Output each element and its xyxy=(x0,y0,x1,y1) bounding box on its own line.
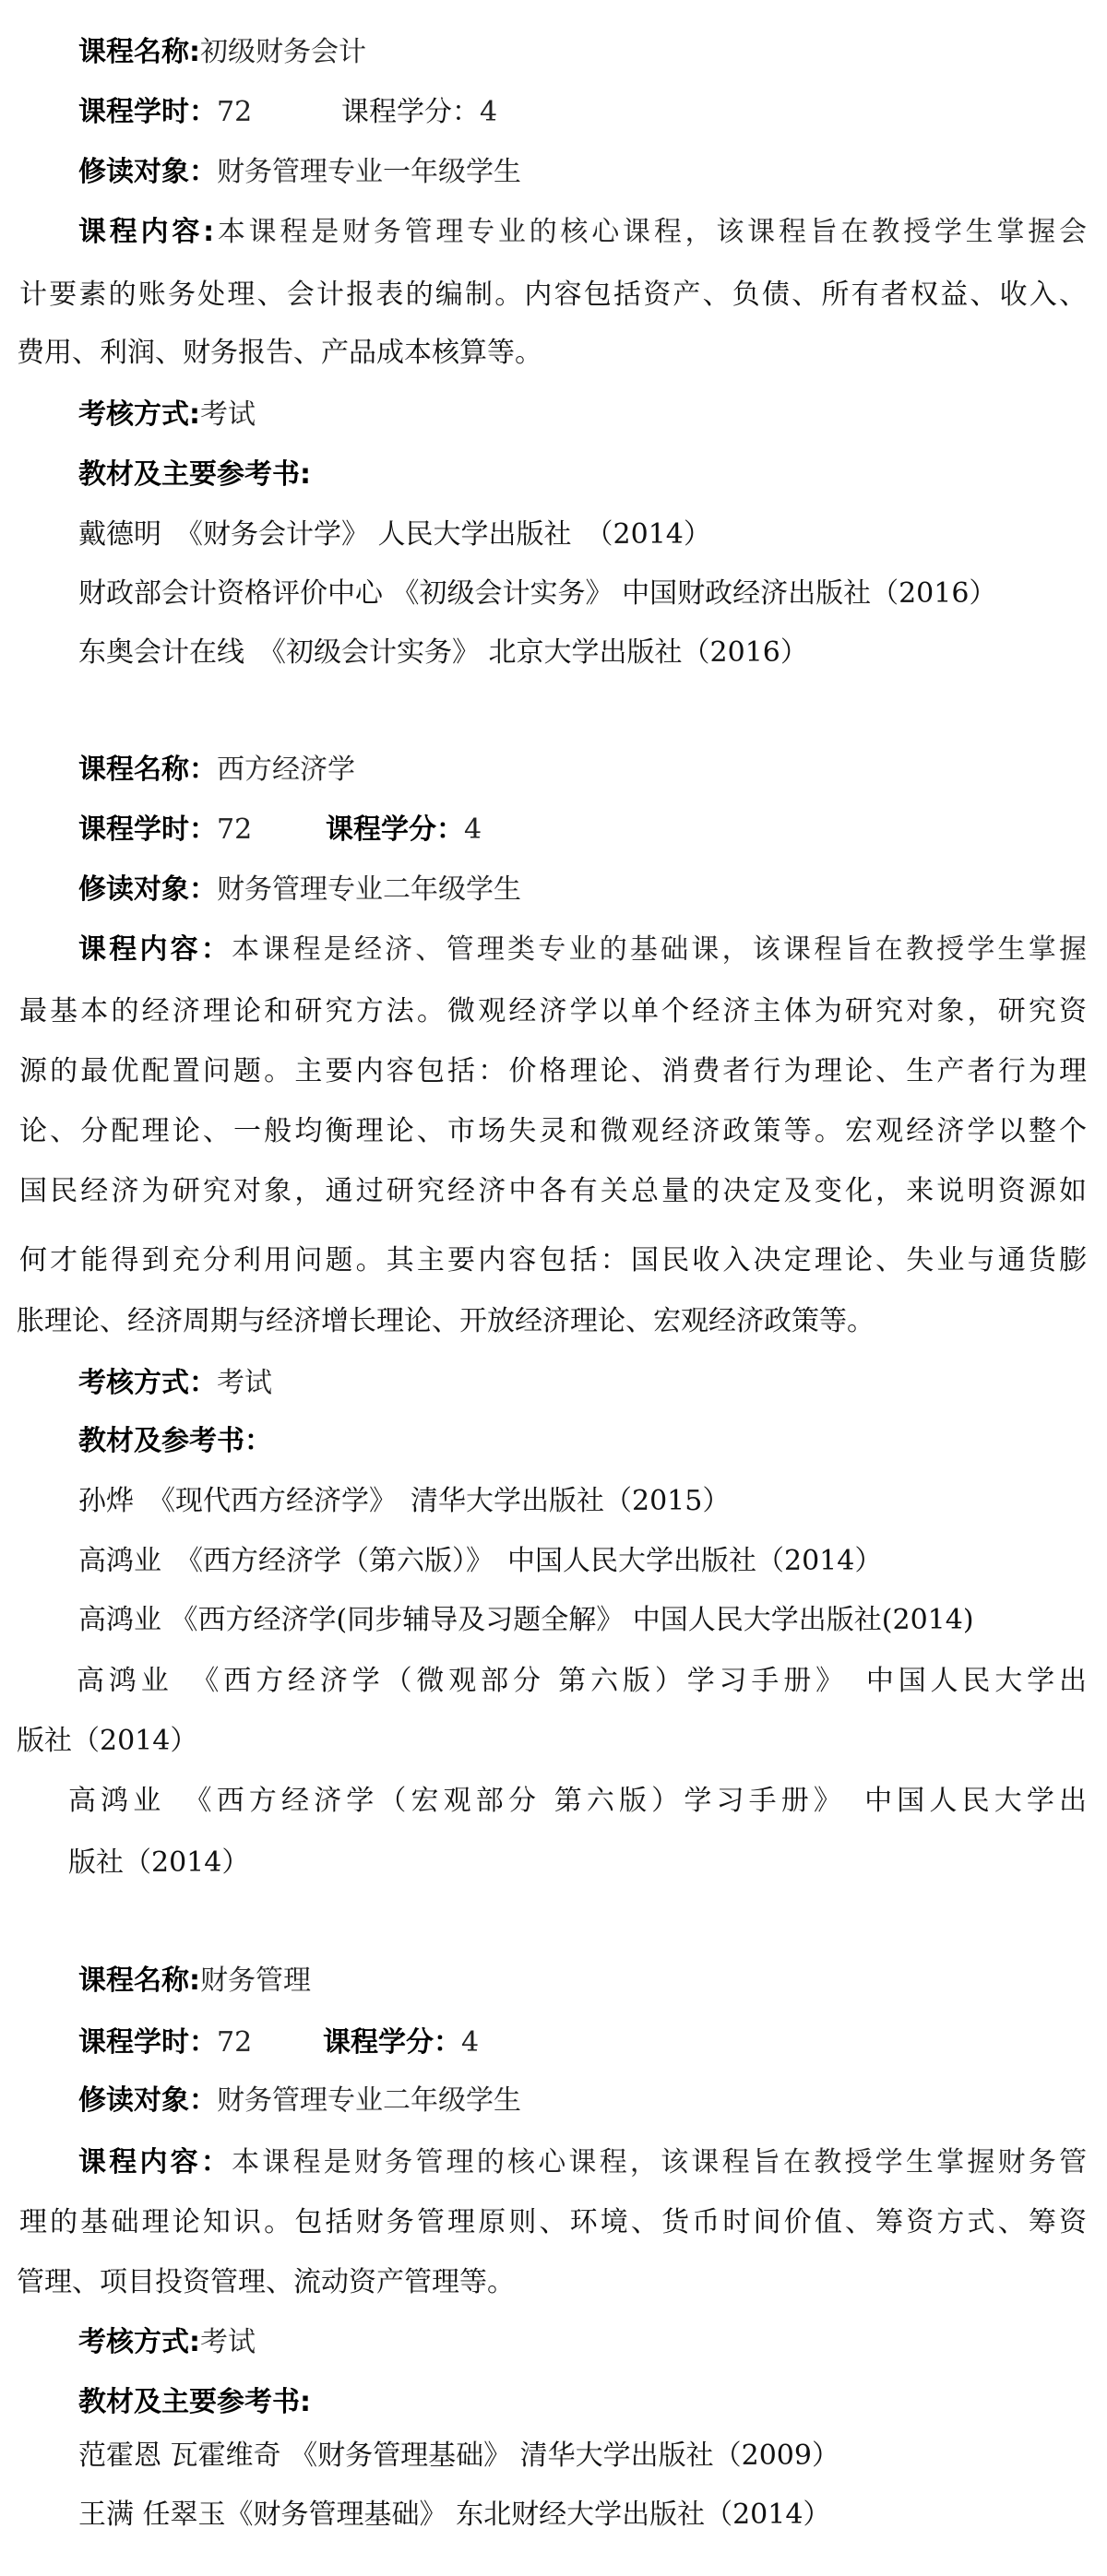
course-content-label: 课程内容： xyxy=(78,2146,232,2178)
reference-item: 高鸿业 《西方经济学(同步辅导及习题全解》 中国人民大学出版社(2014) xyxy=(78,1602,974,1639)
course-hours-row: 课程学时：72 xyxy=(78,812,252,849)
course-audience-row: 修读对象：财务管理专业二年级学生 xyxy=(78,2083,521,2119)
course-exam-row: 考核方式:考试 xyxy=(78,397,256,433)
course-hours-value: 72 xyxy=(217,96,252,128)
course-credits-value: 4 xyxy=(464,813,482,846)
course-credits-row: 课程学分：4 xyxy=(326,812,482,849)
course-name-value: 财务管理 xyxy=(200,1965,311,1997)
course-credits-row: 课程学分：4 xyxy=(341,94,497,131)
course-content-line: 论、分配理论、一般均衡理论、市场失灵和微观经济政策等。宏观经济学以整个 xyxy=(19,1113,1087,1150)
course-refs-label: 教材及主要参考书: xyxy=(78,2384,311,2421)
course-hours-row: 课程学时：72 xyxy=(78,94,252,131)
course-exam-label: 考核方式: xyxy=(78,2326,200,2358)
course-name-row: 课程名称：西方经济学 xyxy=(78,752,355,789)
reference-item-continued: 版社（2014） xyxy=(68,1845,249,1882)
reference-item: 财政部会计资格评价中心 《初级会计实务》 中国财政经济出版社（2016） xyxy=(78,576,996,612)
content-text: 本课程是财务管理的核心课程，该课程旨在教授学生掌握财务管 xyxy=(232,2146,1087,2178)
course-exam-row: 考核方式：考试 xyxy=(78,1365,272,1402)
course-audience-value: 财务管理专业二年级学生 xyxy=(217,873,521,906)
course-hours-row: 课程学时：72 xyxy=(78,2024,252,2061)
course-audience-label: 修读对象： xyxy=(78,156,217,188)
course-credits-label: 课程学分： xyxy=(326,813,464,846)
reference-item: 高鸿业 《西方经济学（微观部分 第六版）学习手册》 中国人民大学出 xyxy=(77,1663,1087,1700)
course-content-line: 课程内容：本课程是财务管理的核心课程，该课程旨在教授学生掌握财务管 xyxy=(78,2144,1087,2181)
reference-item: 范霍恩 瓦霍维奇 《财务管理基础》 清华大学出版社（2009） xyxy=(78,2438,839,2475)
course-refs-label: 教材及参考书： xyxy=(78,1423,272,1460)
course-hours-value: 72 xyxy=(217,813,252,846)
reference-item: 东奥会计在线 《初级会计实务》 北京大学出版社（2016） xyxy=(78,635,808,671)
course-document: 课程名称:初级财务会计 课程学时：72 课程学分：4 修读对象：财务管理专业一年… xyxy=(0,0,1107,2576)
course-content-line: 胀理论、经济周期与经济增长理论、开放经济理论、宏观经济政策等。 xyxy=(17,1303,875,1340)
course-hours-label: 课程学时： xyxy=(78,96,217,128)
course-credits-label: 课程学分： xyxy=(323,2026,461,2059)
course-content-line: 管理、项目投资管理、流动资产管理等。 xyxy=(17,2264,515,2301)
course-exam-value: 考试 xyxy=(200,398,256,431)
course-exam-row: 考核方式:考试 xyxy=(78,2324,256,2361)
course-audience-row: 修读对象：财务管理专业二年级学生 xyxy=(78,872,521,908)
course-exam-value: 考试 xyxy=(200,2326,256,2358)
course-name-label: 课程名称: xyxy=(78,36,200,68)
course-content-line: 源的最优配置问题。主要内容包括：价格理论、消费者行为理论、生产者行为理 xyxy=(19,1053,1087,1090)
reference-item-continued: 版社（2014） xyxy=(17,1723,197,1760)
content-text: 本课程是经济、管理类专业的基础课，该课程旨在教授学生掌握 xyxy=(232,933,1087,966)
course-name-row: 课程名称:财务管理 xyxy=(78,1963,311,2000)
course-content-line: 何才能得到充分利用问题。其主要内容包括：国民收入决定理论、失业与通货膨 xyxy=(19,1242,1087,1279)
course-hours-label: 课程学时： xyxy=(78,2026,217,2059)
course-credits-row: 课程学分：4 xyxy=(323,2024,479,2061)
course-audience-value: 财务管理专业二年级学生 xyxy=(217,2084,521,2117)
course-content-label: 课程内容: xyxy=(78,216,214,248)
course-audience-value: 财务管理专业一年级学生 xyxy=(217,156,521,188)
course-content-line: 课程内容:本课程是财务管理专业的核心课程，该课程旨在教授学生掌握会 xyxy=(78,214,1087,251)
reference-item: 高鸿业 《西方经济学（宏观部分 第六版）学习手册》 中国人民大学出 xyxy=(68,1783,1087,1820)
course-name-label: 课程名称： xyxy=(78,754,217,786)
course-content-line: 费用、利润、财务报告、产品成本核算等。 xyxy=(17,335,542,372)
course-content-line: 最基本的经济理论和研究方法。微观经济学以单个经济主体为研究对象，研究资 xyxy=(19,993,1087,1030)
course-content-line: 课程内容：本课程是经济、管理类专业的基础课，该课程旨在教授学生掌握 xyxy=(78,932,1087,968)
course-refs-label: 教材及主要参考书: xyxy=(78,457,311,493)
reference-item: 高鸿业 《西方经济学（第六版）》 中国人民大学出版社（2014） xyxy=(78,1543,882,1580)
course-audience-label: 修读对象： xyxy=(78,2084,217,2117)
course-credits-label: 课程学分： xyxy=(341,96,480,128)
content-text: 本课程是财务管理专业的核心课程，该课程旨在教授学生掌握会 xyxy=(214,216,1087,248)
course-exam-label: 考核方式: xyxy=(78,398,200,431)
course-audience-row: 修读对象：财务管理专业一年级学生 xyxy=(78,154,521,191)
course-credits-value: 4 xyxy=(461,2026,479,2059)
course-content-line: 国民经济为研究对象，通过研究经济中各有关总量的决定及变化，来说明资源如 xyxy=(19,1173,1087,1210)
course-content-label: 课程内容： xyxy=(78,933,232,966)
course-exam-value: 考试 xyxy=(217,1367,272,1399)
course-credits-value: 4 xyxy=(480,96,497,128)
course-name-value: 初级财务会计 xyxy=(200,36,366,68)
course-name-label: 课程名称: xyxy=(78,1965,200,1997)
course-name-value: 西方经济学 xyxy=(217,754,355,786)
course-exam-label: 考核方式： xyxy=(78,1367,217,1399)
course-hours-value: 72 xyxy=(217,2026,252,2059)
reference-item: 戴德明 《财务会计学》 人民大学出版社 （2014） xyxy=(78,516,711,553)
course-content-line: 计要素的账务处理、会计报表的编制。内容包括资产、负债、所有者权益、收入、 xyxy=(19,277,1087,314)
course-name-row: 课程名称:初级财务会计 xyxy=(78,34,366,71)
course-content-line: 理的基础理论知识。包括财务管理原则、环境、货币时间价值、筹资方式、筹资 xyxy=(19,2204,1087,2241)
reference-item: 王满 任翠玉《财务管理基础》 东北财经大学出版社（2014） xyxy=(78,2497,830,2534)
course-hours-label: 课程学时： xyxy=(78,813,217,846)
course-audience-label: 修读对象： xyxy=(78,873,217,906)
reference-item: 孙烨 《现代西方经济学》 清华大学出版社（2015） xyxy=(78,1483,730,1520)
